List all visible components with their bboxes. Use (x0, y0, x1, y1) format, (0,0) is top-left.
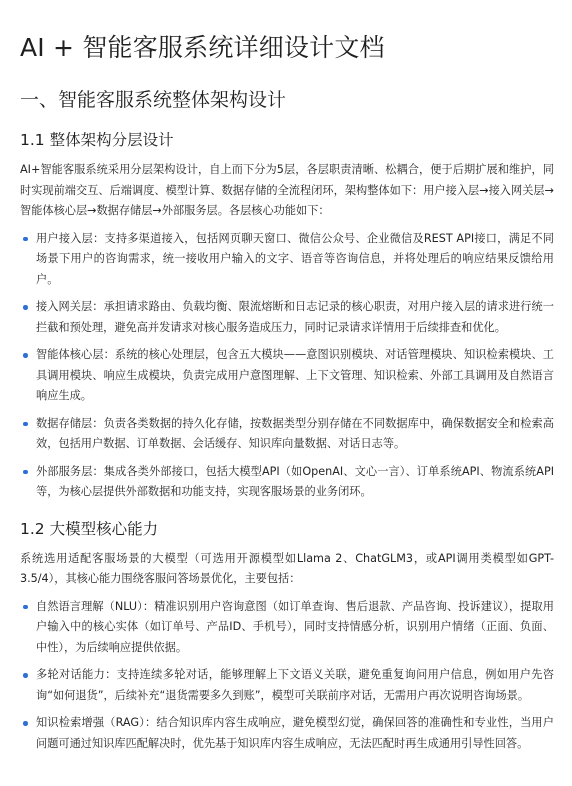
bullet-icon (23, 305, 28, 310)
layered-design-intro: AI+智能客服系统采用分层架构设计，自上而下分为5层，各层职责清晰、松耦合，便于… (20, 160, 554, 222)
document-page: AI + 智能客服系统详细设计文档 一、智能客服系统整体架构设计 1.1 整体架… (0, 0, 572, 754)
list-item-agent-core-layer: 智能体核心层：系统的核心处理层，包含五大模块——意图识别模块、对话管理模块、知识… (20, 345, 554, 407)
list-item-external-service-layer: 外部服务层：集成各类外部接口，包括大模型API（如OpenAI、文心一言）、订单… (20, 462, 554, 503)
bullet-icon (23, 721, 28, 726)
subsection-title-layered-design: 1.1 整体架构分层设计 (20, 128, 554, 152)
list-item-gateway-layer: 接入网关层：承担请求路由、负载均衡、限流熔断和日志记录的核心职责，对用户接入层的… (20, 297, 554, 338)
list-item-text: 多轮对话能力：支持连续多轮对话，能够理解上下文语义关联，避免重复询问用户信息，例… (36, 668, 554, 702)
list-item-multi-turn-dialog: 多轮对话能力：支持连续多轮对话，能够理解上下文语义关联，避免重复询问用户信息，例… (20, 665, 554, 706)
list-item-text: 数据存储层：负责各类数据的持久化存储，按数据类型分别存储在不同数据库中，确保数据… (36, 417, 554, 451)
list-item-data-storage-layer: 数据存储层：负责各类数据的持久化存储，按数据类型分别存储在不同数据库中，确保数据… (20, 414, 554, 455)
list-item-text: 用户接入层：支持多渠道接入，包括网页聊天窗口、微信公众号、企业微信及REST A… (36, 232, 554, 286)
list-item-rag: 知识检索增强（RAG）：结合知识库内容生成响应，避免模型幻觉，确保回答的准确性和… (20, 713, 554, 754)
document-title: AI + 智能客服系统详细设计文档 (20, 30, 554, 66)
llm-capabilities-intro: 系统选用适配客服场景的大模型（可选用开源模型如Llama 2、ChatGLM3，… (20, 549, 554, 590)
bullet-icon (23, 422, 28, 427)
list-item-user-access-layer: 用户接入层：支持多渠道接入，包括网页聊天窗口、微信公众号、企业微信及REST A… (20, 229, 554, 291)
list-item-text: 知识检索增强（RAG）：结合知识库内容生成响应，避免模型幻觉，确保回答的准确性和… (36, 716, 554, 750)
section-title-architecture: 一、智能客服系统整体架构设计 (20, 86, 554, 114)
subsection-title-llm-capabilities: 1.2 大模型核心能力 (20, 517, 554, 541)
bullet-icon (23, 353, 28, 358)
list-item-text: 接入网关层：承担请求路由、负载均衡、限流熔断和日志记录的核心职责，对用户接入层的… (36, 300, 554, 334)
list-item-text: 智能体核心层：系统的核心处理层，包含五大模块——意图识别模块、对话管理模块、知识… (36, 348, 554, 402)
bullet-icon (23, 673, 28, 678)
list-item-text: 外部服务层：集成各类外部接口，包括大模型API（如OpenAI、文心一言）、订单… (36, 465, 554, 499)
list-item-nlu: 自然语言理解（NLU）：精准识别用户咨询意图（如订单查询、售后退款、产品咨询、投… (20, 597, 554, 659)
bullet-icon (23, 237, 28, 242)
list-item-text: 自然语言理解（NLU）：精准识别用户咨询意图（如订单查询、售后退款、产品咨询、投… (36, 600, 554, 654)
capability-list: 自然语言理解（NLU）：精准识别用户咨询意图（如订单查询、售后退款、产品咨询、投… (20, 597, 554, 755)
bullet-icon (23, 470, 28, 475)
layer-list: 用户接入层：支持多渠道接入，包括网页聊天窗口、微信公众号、企业微信及REST A… (20, 229, 554, 503)
bullet-icon (23, 605, 28, 610)
